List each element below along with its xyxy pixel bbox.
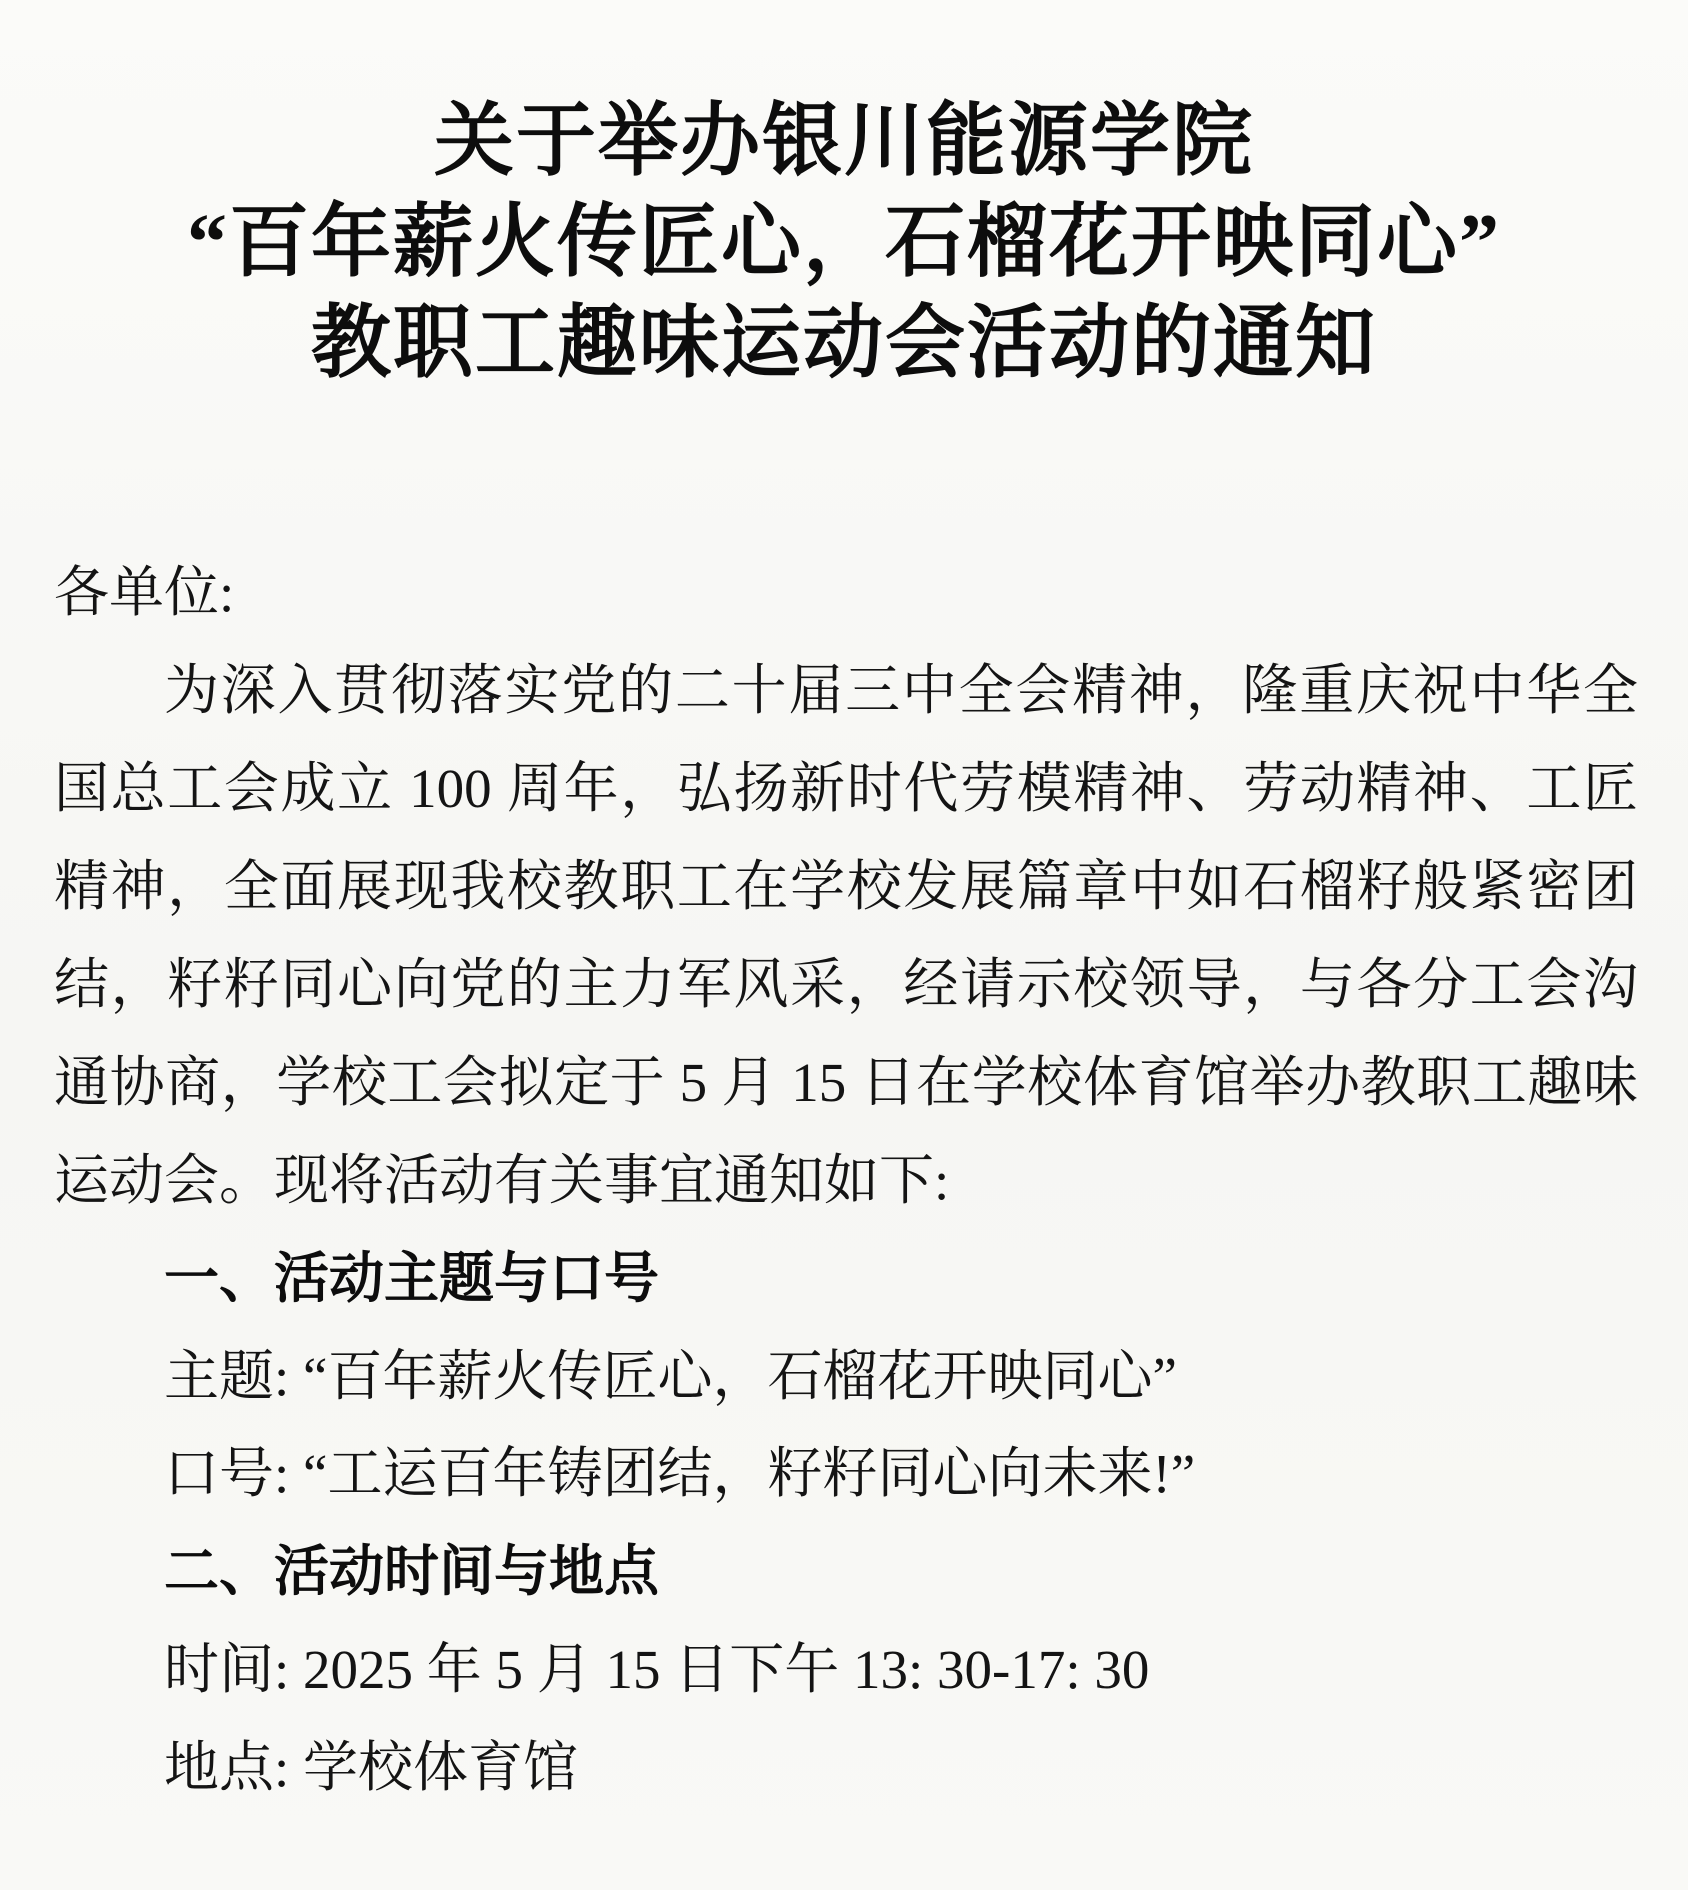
notice-title-line-3: 教职工趣味运动会活动的通知	[0, 294, 1688, 395]
notice-title: 关于举办银川能源学院 “百年薪火传匠心，石榴花开映同心” 教职工趣味运动会活动的…	[0, 0, 1688, 394]
time-label: 时间:	[164, 1639, 303, 1700]
slogan-label: 口号:	[164, 1443, 303, 1504]
place-text: 学校体育馆	[303, 1737, 578, 1798]
slogan-line: 口号: “工运百年铸团结，籽籽同心向未来!”	[54, 1425, 1638, 1523]
time-text: 2025 年 5 月 15 日下午 13: 30-17: 30	[303, 1639, 1149, 1700]
time-line: 时间: 2025 年 5 月 15 日下午 13: 30-17: 30	[54, 1621, 1638, 1719]
place-label: 地点:	[164, 1737, 303, 1798]
notice-title-line-2: “百年薪火传匠心，石榴花开映同心”	[0, 193, 1688, 294]
notice-document-page: 关于举办银川能源学院 “百年薪火传匠心，石榴花开映同心” 教职工趣味运动会活动的…	[0, 0, 1688, 1890]
section-heading-time-place: 二、活动时间与地点	[54, 1523, 1638, 1621]
place-line: 地点: 学校体育馆	[54, 1719, 1638, 1817]
section-heading-theme-slogan: 一、活动主题与口号	[54, 1230, 1638, 1328]
intro-paragraph: 为深入贯彻落实党的二十届三中全会精神，隆重庆祝中华全国总工会成立 100 周年，…	[54, 642, 1638, 1229]
theme-line: 主题: “百年薪火传匠心，石榴花开映同心”	[54, 1328, 1638, 1426]
theme-label: 主题:	[164, 1346, 303, 1407]
slogan-text: “工运百年铸团结，籽籽同心向未来!”	[303, 1443, 1195, 1504]
salutation: 各单位:	[54, 544, 1638, 642]
notice-title-line-1: 关于举办银川能源学院	[0, 92, 1688, 193]
notice-body: 各单位: 为深入贯彻落实党的二十届三中全会精神，隆重庆祝中华全国总工会成立 10…	[54, 544, 1638, 1817]
theme-text: “百年薪火传匠心，石榴花开映同心”	[303, 1346, 1177, 1407]
